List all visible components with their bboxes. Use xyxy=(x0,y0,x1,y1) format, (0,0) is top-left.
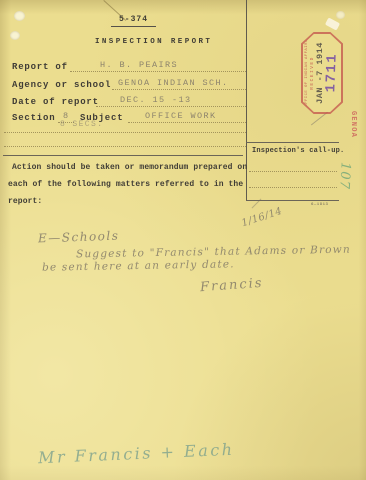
handwritten-signature: Francis xyxy=(200,276,264,295)
form-print-code: 6—1913 xyxy=(311,203,328,207)
instructions-line-2: each of the following matters referred t… xyxy=(8,180,243,189)
dotted-line xyxy=(96,106,246,107)
field-value-agency: GENOA INDIAN SCH. xyxy=(118,78,229,88)
received-stamp: OFFICE OF INDIAN AFFAIRS RECEIVED JAN -7… xyxy=(301,32,343,114)
inspection-report-document: 5-374 INSPECTION REPORT Report of H. B. … xyxy=(0,0,366,480)
handwritten-note-date: 1/16/14 xyxy=(240,206,283,229)
dotted-line xyxy=(112,89,246,90)
field-value-date-of-report: DEC. 15 -13 xyxy=(120,95,192,105)
field-label-agency: Agency or school xyxy=(12,80,111,90)
callup-box-top-line xyxy=(246,142,339,143)
handwritten-bottom-note: Mr Francis + Each xyxy=(38,440,235,468)
field-label-section: Section xyxy=(12,113,55,123)
dotted-line xyxy=(249,171,337,172)
form-number-underline xyxy=(111,26,156,27)
field-label-report-of: Report of xyxy=(12,62,68,72)
genoa-margin-stamp: GENOA xyxy=(345,111,357,145)
handwritten-addressee: E—Schools xyxy=(38,229,120,246)
file-number-mark: 107 xyxy=(335,162,352,191)
instructions-line-3: report: xyxy=(8,197,42,206)
punch-hole xyxy=(336,11,345,19)
stamp-inner: OFFICE OF INDIAN AFFAIRS RECEIVED JAN -7… xyxy=(303,34,342,113)
punch-hole xyxy=(10,31,20,40)
dotted-line xyxy=(70,71,246,72)
punch-hole xyxy=(14,11,25,21)
instructions-line-1: Action should be taken or memorandum pre… xyxy=(12,163,247,172)
stamp-border: OFFICE OF INDIAN AFFAIRS RECEIVED JAN -7… xyxy=(301,32,343,114)
field-value-report-of: H. B. PEAIRS xyxy=(100,60,178,70)
dotted-line xyxy=(4,146,246,147)
rule-line xyxy=(3,155,243,156)
handwritten-note-line-2: be sent here at an early date. xyxy=(42,258,235,273)
stamp-number: 1711 xyxy=(323,33,342,112)
form-number: 5-374 xyxy=(119,15,148,24)
paper-tear-spot xyxy=(325,17,340,30)
callup-box-label: Inspection's call-up. xyxy=(252,147,344,155)
dotted-line xyxy=(4,132,246,133)
callup-box-bottom-line xyxy=(246,200,339,201)
dotted-line xyxy=(249,187,337,188)
stamp-office-text: OFFICE OF INDIAN AFFAIRS xyxy=(305,34,309,113)
field-label-date-of-report: Date of report xyxy=(12,97,99,107)
field-value-subject: OFFICE WORK xyxy=(145,111,217,121)
dotted-line xyxy=(128,122,246,123)
page-title: INSPECTION REPORT xyxy=(95,38,212,46)
field-value-section-secs: 8 SECS. xyxy=(60,120,103,129)
